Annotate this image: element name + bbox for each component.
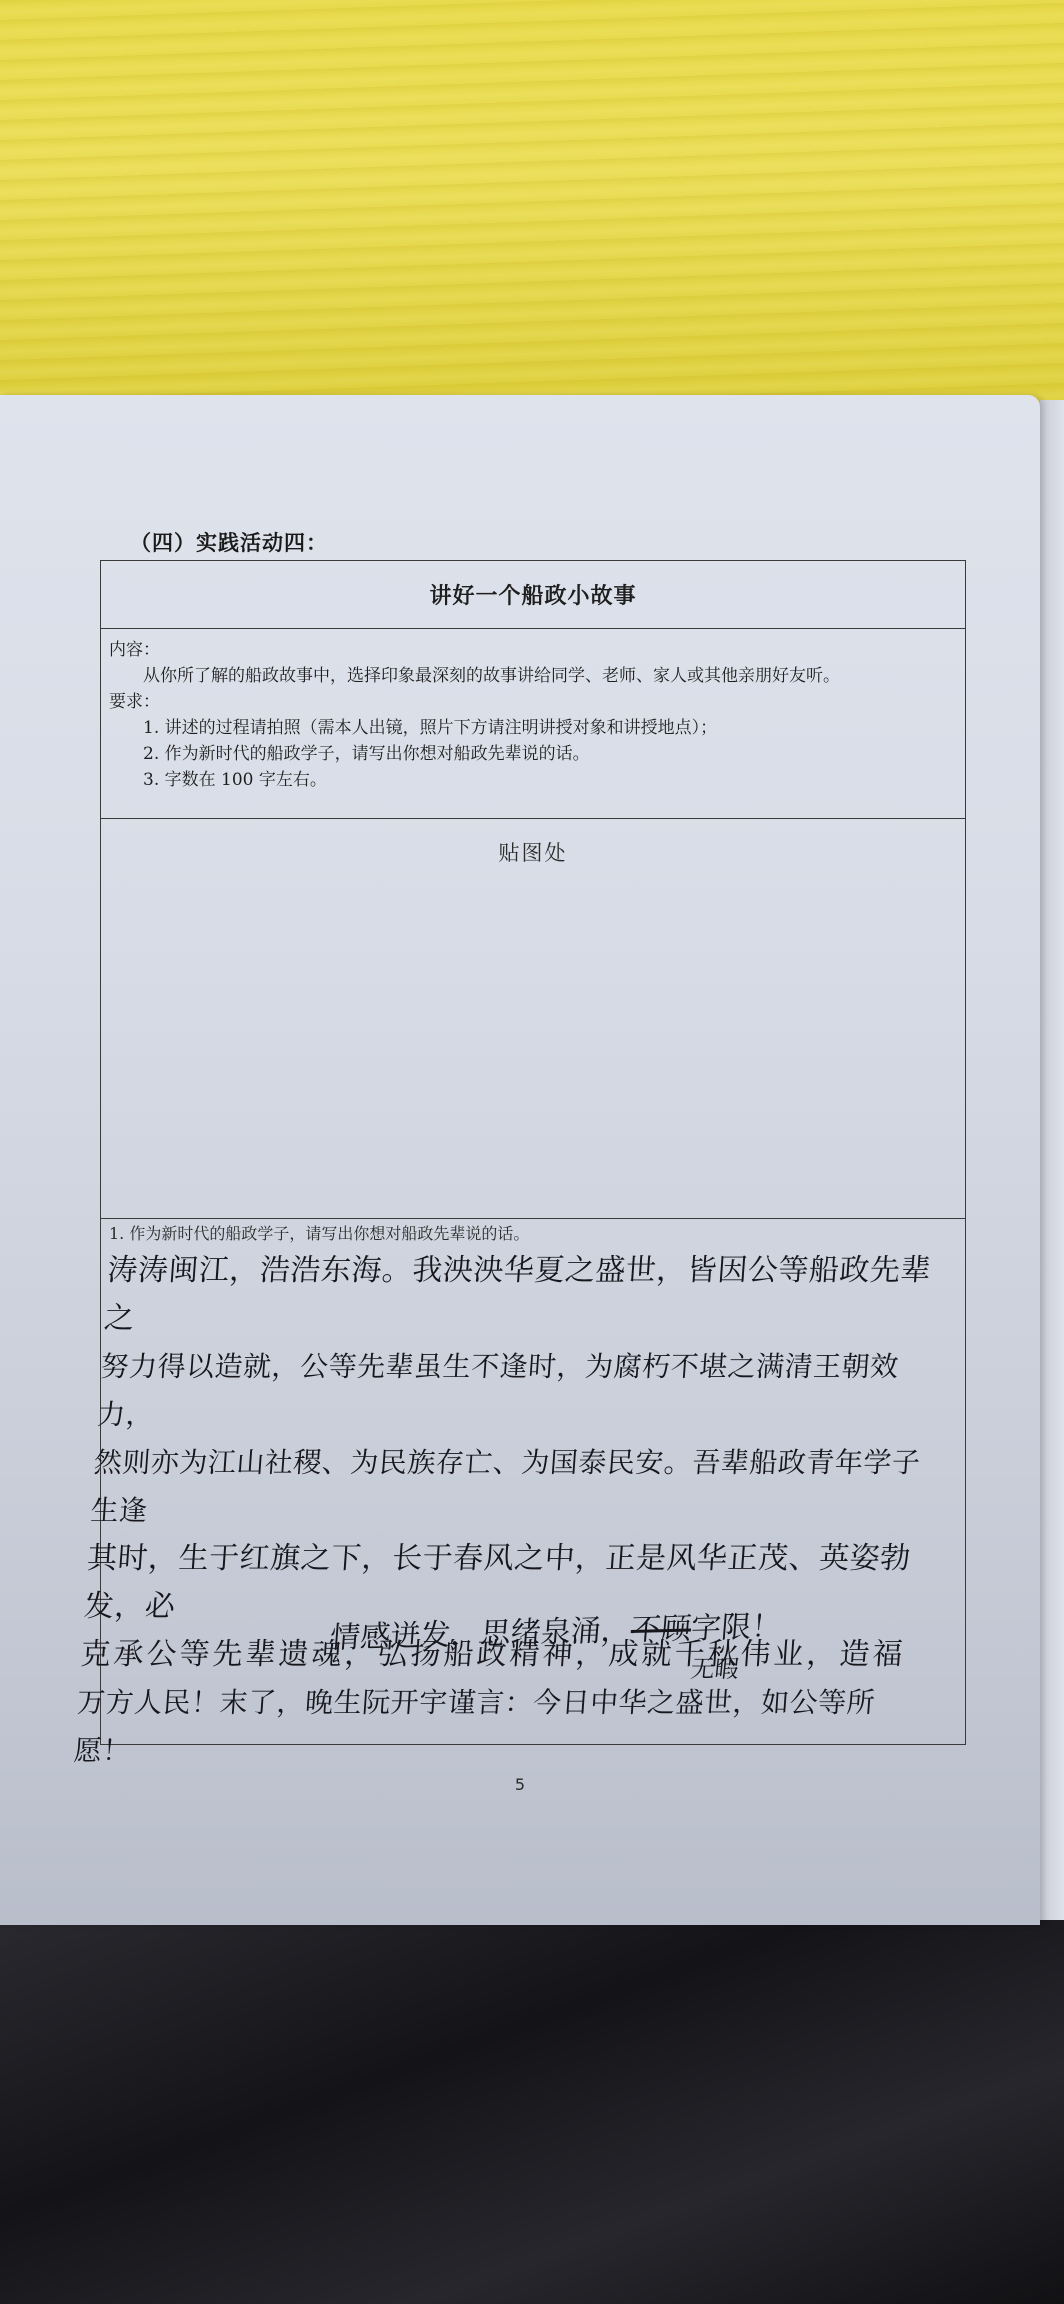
content-label: 内容： xyxy=(109,637,957,663)
handwritten-line: 万方人民！末了，晚生阮开宇谨言：今日中华之盛世，如公等所愿！ xyxy=(72,1679,927,1775)
handwritten-passage: 涛涛闽江，浩浩东海。我泱泱华夏之盛世，皆因公等船政先辈之 努力得以造就，公等先辈… xyxy=(72,1247,957,1775)
activity-instructions-row: 内容： 从你所了解的船政故事中，选择印象最深刻的故事讲给同学、老师、家人或其他亲… xyxy=(101,629,965,819)
requirement-item: 3. 字数在 100 字左右。 xyxy=(109,767,957,793)
activity-title: 讲好一个船政小故事 xyxy=(429,579,636,610)
activity-table: 讲好一个船政小故事 内容： 从你所了解的船政故事中，选择印象最深刻的故事讲给同学… xyxy=(100,560,966,1745)
activity-title-row: 讲好一个船政小故事 xyxy=(101,561,965,629)
requirements-label: 要求： xyxy=(109,689,957,715)
handwritten-line: 努力得以造就，公等先辈虽生不逢时，为腐朽不堪之满清王朝效力， xyxy=(96,1343,951,1439)
writing-prompt: 1. 作为新时代的船政学子，请写出你想对船政先辈说的话。 xyxy=(109,1223,957,1245)
requirement-item: 1. 讲述的过程请拍照（需本人出镜，照片下方请注明讲授对象和讲授地点）； xyxy=(109,715,957,741)
cloth-background xyxy=(0,1900,1064,2304)
handwritten-line: 然则亦为江山社稷、为民族存亡、为国泰民安。吾辈船政青年学子生逢 xyxy=(89,1439,944,1535)
content-text: 从你所了解的船政故事中，选择印象最深刻的故事讲给同学、老师、家人或其他亲朋好友听… xyxy=(109,663,957,689)
struck-out-text: 不顾 xyxy=(630,1611,693,1648)
photo-area-label: 贴图处 xyxy=(101,837,965,867)
handwritten-line: 涛涛闽江，浩浩东海。我泱泱华夏之盛世，皆因公等船政先辈之 xyxy=(102,1247,957,1343)
section-heading: （四）实践活动四： xyxy=(130,527,328,557)
closing-text: 情感迸发，思绪泉涌， xyxy=(329,1613,632,1656)
writing-area: 1. 作为新时代的船政学子，请写出你想对船政先辈说的话。 涛涛闽江，浩浩东海。我… xyxy=(101,1219,965,1744)
handwritten-correction: 无暇 xyxy=(689,1649,741,1684)
requirement-item: 2. 作为新时代的船政学子，请写出你想对船政先辈说的话。 xyxy=(109,741,957,767)
closing-text-end: 字限！ xyxy=(690,1609,783,1646)
desk-background xyxy=(0,0,1064,420)
page-number: 5 xyxy=(0,1775,1040,1794)
photo-paste-area: 贴图处 xyxy=(101,819,965,1219)
next-page-edge xyxy=(1040,400,1064,1920)
